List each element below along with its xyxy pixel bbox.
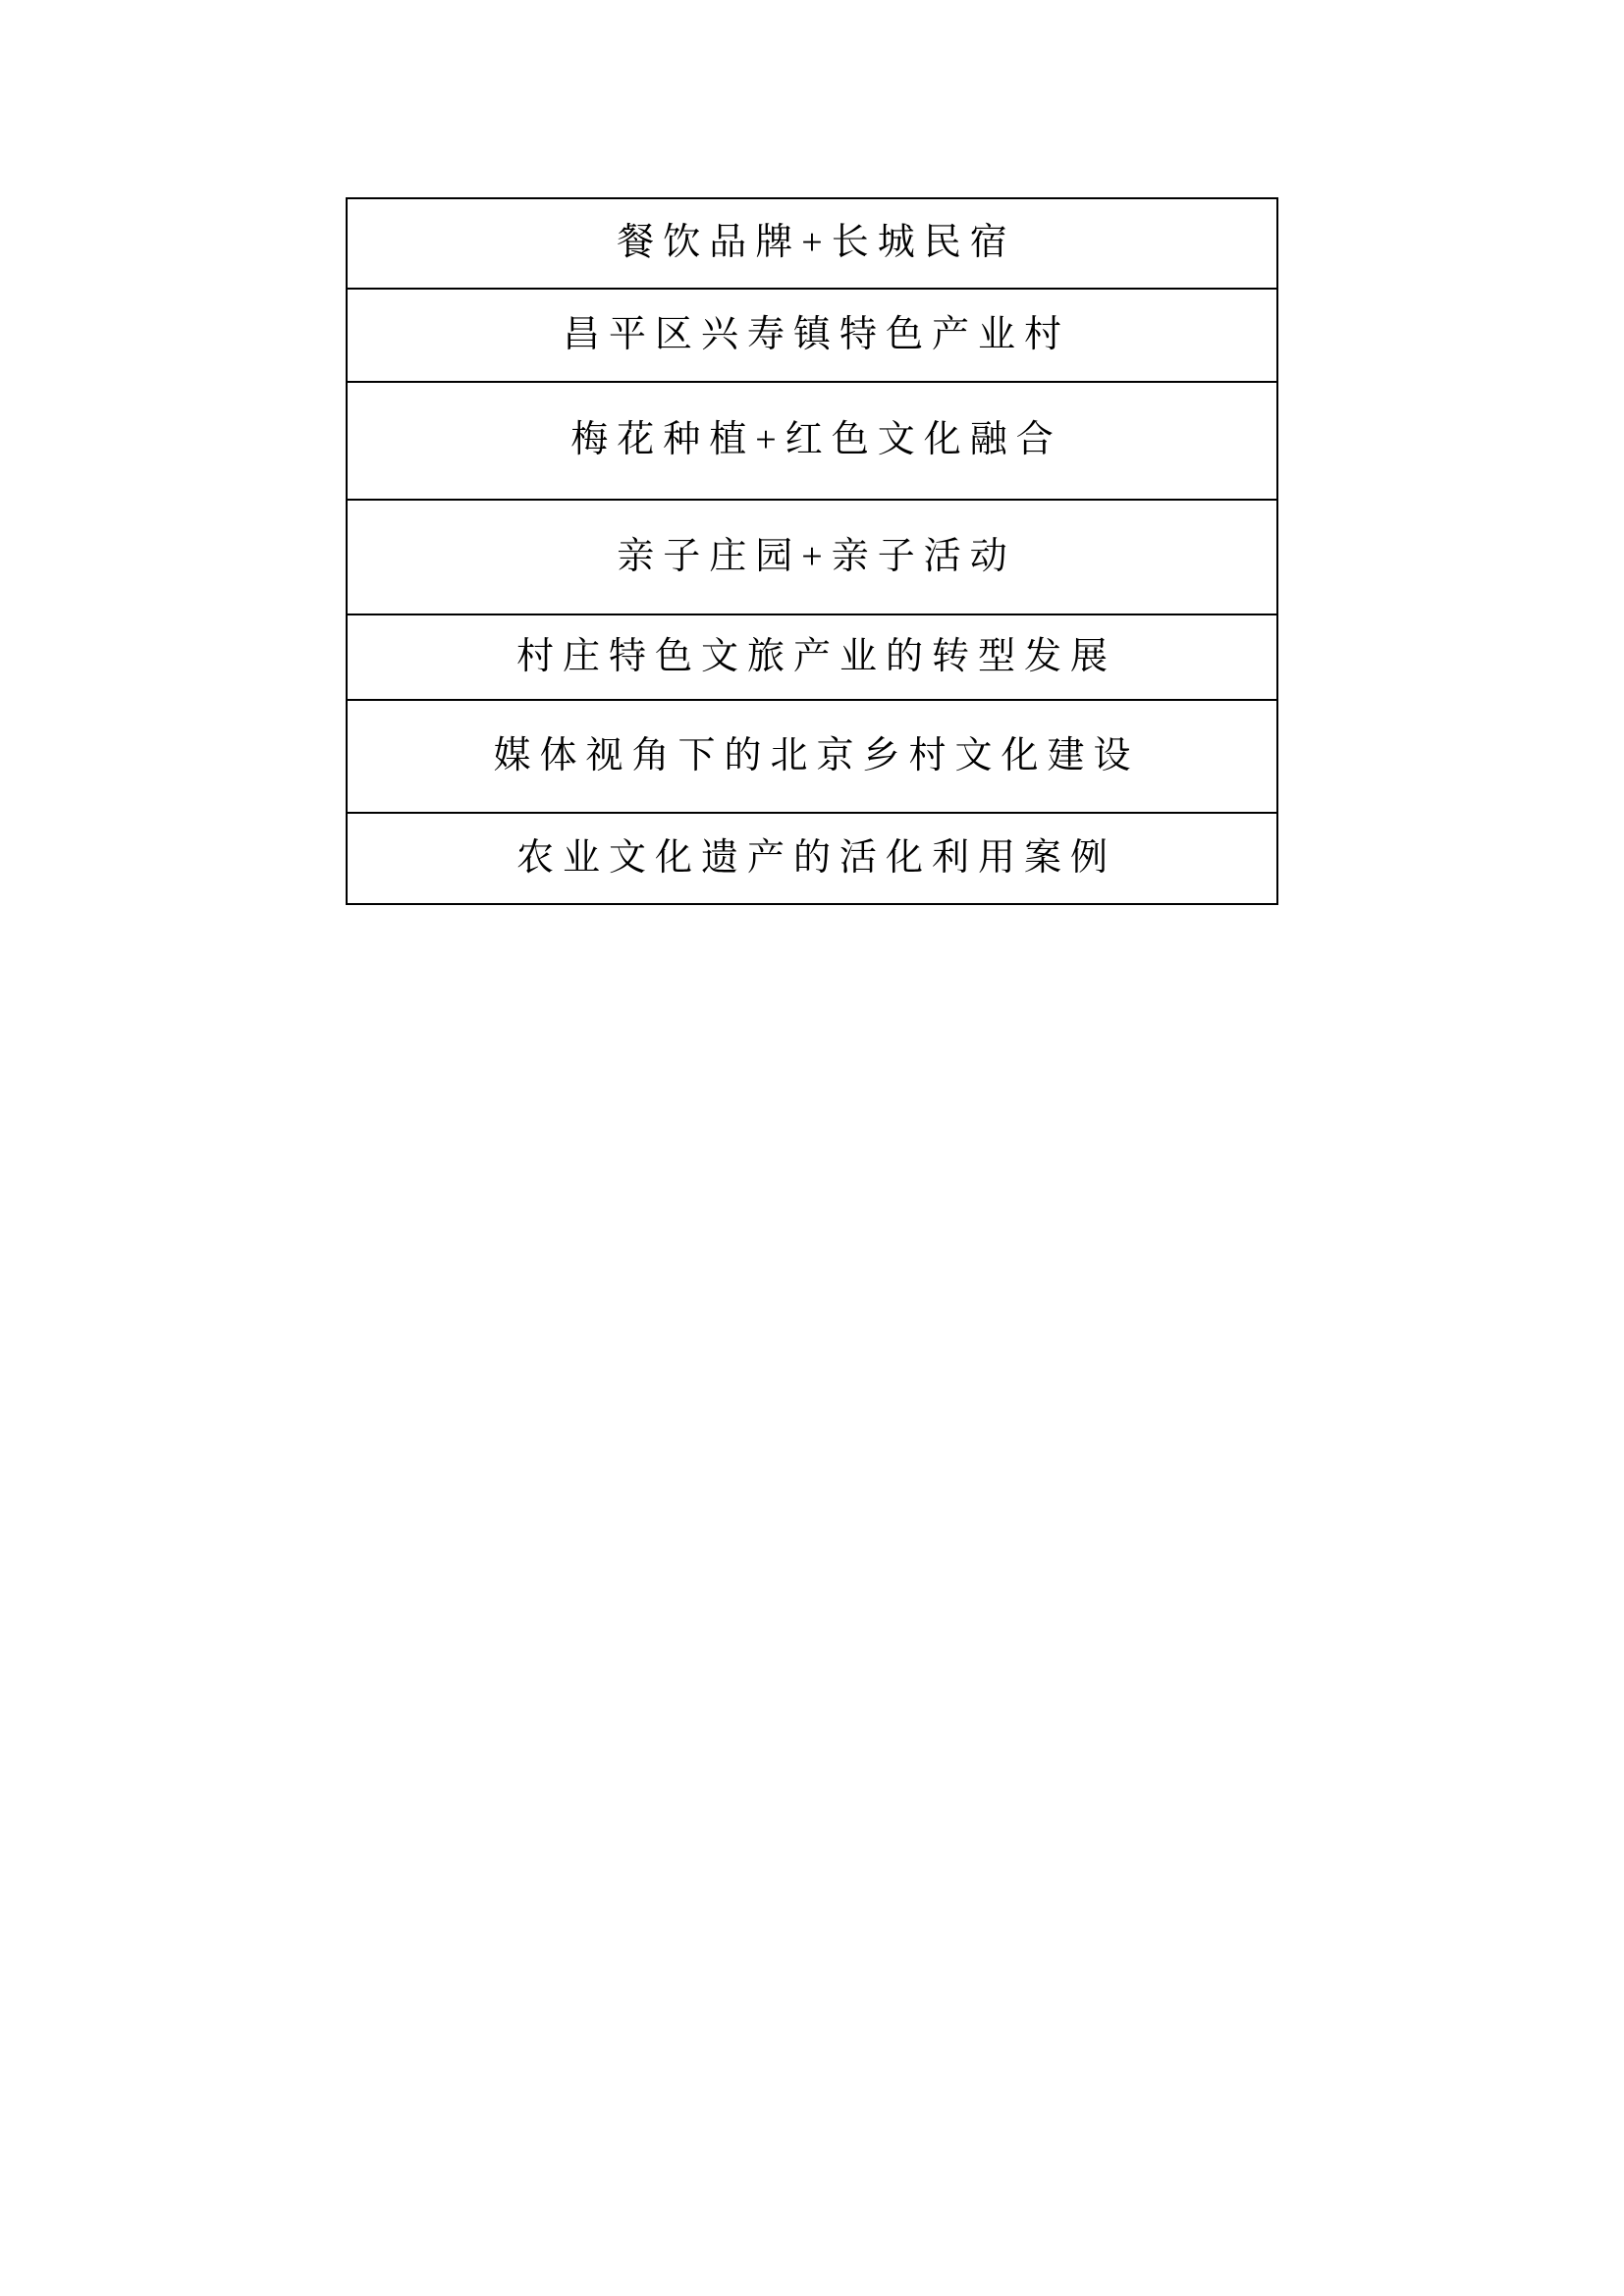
table-row: 村庄特色文旅产业的转型发展 <box>347 614 1277 700</box>
table-cell: 媒体视角下的北京乡村文化建设 <box>347 700 1277 813</box>
table-row: 昌平区兴寿镇特色产业村 <box>347 289 1277 382</box>
table-row: 梅花种植+红色文化融合 <box>347 382 1277 500</box>
table-cell: 农业文化遗产的活化利用案例 <box>347 813 1277 904</box>
table-cell: 梅花种植+红色文化融合 <box>347 382 1277 500</box>
table-row: 媒体视角下的北京乡村文化建设 <box>347 700 1277 813</box>
table-cell: 亲子庄园+亲子活动 <box>347 500 1277 614</box>
table-cell: 餐饮品牌+长城民宿 <box>347 198 1277 289</box>
table-cell: 村庄特色文旅产业的转型发展 <box>347 614 1277 700</box>
topics-table: 餐饮品牌+长城民宿 昌平区兴寿镇特色产业村 梅花种植+红色文化融合 亲子庄园+亲… <box>346 197 1278 905</box>
document-page: 餐饮品牌+长城民宿 昌平区兴寿镇特色产业村 梅花种植+红色文化融合 亲子庄园+亲… <box>0 0 1624 2296</box>
topics-table-body: 餐饮品牌+长城民宿 昌平区兴寿镇特色产业村 梅花种植+红色文化融合 亲子庄园+亲… <box>347 198 1277 904</box>
table-row: 餐饮品牌+长城民宿 <box>347 198 1277 289</box>
table-cell: 昌平区兴寿镇特色产业村 <box>347 289 1277 382</box>
table-row: 农业文化遗产的活化利用案例 <box>347 813 1277 904</box>
table-row: 亲子庄园+亲子活动 <box>347 500 1277 614</box>
